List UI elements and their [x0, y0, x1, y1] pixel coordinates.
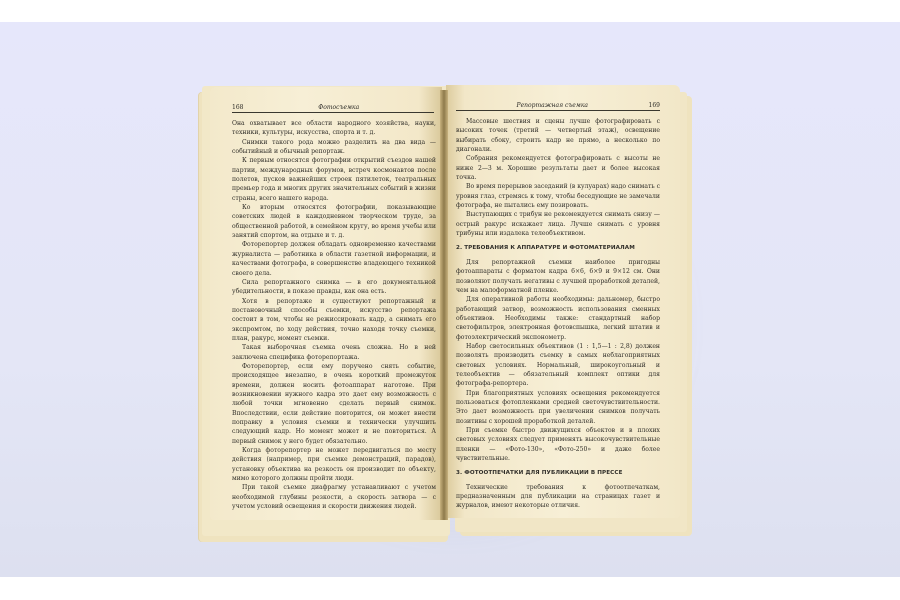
- paragraph: Фоторепортер должен обладать одновременн…: [232, 240, 436, 277]
- paragraph: Такая выборочная съемка очень сложна. Но…: [232, 343, 436, 362]
- paragraph: Снимки такого рода можно разделить на дв…: [232, 138, 436, 157]
- paragraph: Технические требования к фотоотпечаткам,…: [456, 483, 660, 511]
- page-number: 169: [649, 102, 660, 109]
- left-page: 168 Фотосъемка Она охватывает все област…: [210, 87, 442, 520]
- paragraph: Набор светосильных объективов (1 : 1,5—1…: [456, 342, 660, 389]
- paragraph: Когда фоторепортер не может передвигатьс…: [232, 446, 436, 483]
- right-page-body: Массовые шествия и сцены лучше фотографи…: [456, 117, 660, 511]
- right-page: Репортажная съемка 169 Массовые шествия …: [446, 85, 680, 518]
- paragraph: Ко вторым относятся фотографии, показыва…: [232, 203, 436, 240]
- running-title: Репортажная съемка: [517, 102, 588, 109]
- paragraph: Фоторепортер, если ему поручено снять со…: [232, 362, 436, 446]
- paragraph: Массовые шествия и сцены лучше фотографи…: [456, 117, 660, 154]
- book-spine-gutter: [440, 90, 448, 520]
- running-title: Фотосъемка: [318, 104, 359, 111]
- paragraph: Хотя в репортаже и существуют репортажны…: [232, 297, 436, 344]
- section-heading: 3. ФОТООТПЕЧАТКИ ДЛЯ ПУБЛИКАЦИИ В ПРЕССЕ: [456, 469, 660, 478]
- left-page-body: Она охватывает все области народного хоз…: [232, 119, 436, 511]
- paragraph: Собрания рекомендуется фотографировать с…: [456, 154, 660, 182]
- paragraph: Она охватывает все области народного хоз…: [232, 119, 436, 138]
- right-page-header: Репортажная съемка 169: [456, 102, 660, 111]
- page-number: 168: [232, 104, 243, 111]
- left-page-header: 168 Фотосъемка: [232, 104, 434, 113]
- paragraph: Сила репортажного снимка — в его докумен…: [232, 278, 436, 297]
- paragraph: Для оперативной работы необходимы: дальн…: [456, 295, 660, 342]
- paragraph: Для репортажной съемки наиболее пригодны…: [456, 258, 660, 295]
- paragraph: При съемке быстро движущихся объектов и …: [456, 426, 660, 463]
- paragraph: Выступающих с трибун не рекомендуется сн…: [456, 210, 660, 238]
- paragraph: При такой съемке диафрагму устанавливают…: [232, 483, 436, 511]
- paragraph: Во время перерывов заседаний (в кулуарах…: [456, 182, 660, 210]
- section-heading: 2. ТРЕБОВАНИЯ К АППАРАТУРЕ И ФОТОМАТЕРИА…: [456, 244, 660, 253]
- paragraph: При благоприятных условиях освещения рек…: [456, 389, 660, 426]
- paragraph: К первым относятся фотографии открытий с…: [232, 156, 436, 203]
